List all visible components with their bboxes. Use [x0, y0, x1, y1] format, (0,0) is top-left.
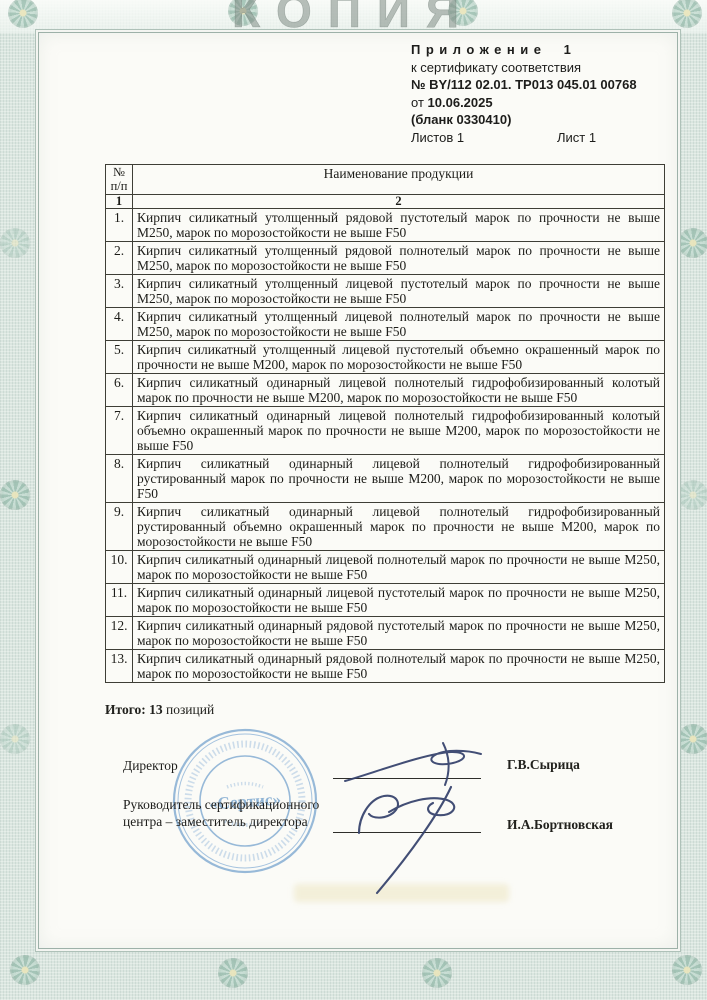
column-index-number: 1	[106, 195, 133, 209]
row-number-cell: 11.	[106, 584, 133, 617]
copy-watermark: КОПИЯ	[232, 0, 475, 38]
table-header-row: № п/п Наименование продукции	[106, 165, 665, 195]
rosette-ornament	[672, 955, 702, 985]
rosette-ornament	[0, 480, 30, 510]
row-number-cell: 5.	[106, 341, 133, 374]
product-table-body: 1. Кирпич силикатный утолщенный рядовой …	[106, 209, 665, 683]
product-table: № п/п Наименование продукции 1 2 1. Кирп…	[105, 164, 665, 683]
head-signature-ink	[331, 781, 506, 901]
row-number-cell: 2.	[106, 242, 133, 275]
table-row: 11. Кирпич силикатный одинарный лицевой …	[106, 584, 665, 617]
product-name-cell: Кирпич силикатный утолщенный лицевой пус…	[133, 341, 665, 374]
product-name-cell: Кирпич силикатный утолщенный рядовой пус…	[133, 209, 665, 242]
scanned-certificate-page: КОПИЯ Приложение 1 к сертификату соответ…	[0, 0, 707, 1000]
product-name-cell: Кирпич силикатный одинарный лицевой полн…	[133, 374, 665, 407]
row-number-cell: 13.	[106, 650, 133, 683]
row-number-cell: 1.	[106, 209, 133, 242]
number-header-line1: №	[110, 166, 128, 180]
director-name: Г.В.Сырица	[507, 757, 580, 773]
product-name-cell: Кирпич силикатный утолщенный лицевой пол…	[133, 308, 665, 341]
column-index-product: 2	[133, 195, 665, 209]
product-name-cell: Кирпич силикатный одинарный рядовой пуст…	[133, 617, 665, 650]
row-number-cell: 10.	[106, 551, 133, 584]
cert-date-prefix: от	[411, 95, 424, 110]
appendix-title: Приложение 1	[411, 41, 666, 59]
product-name-cell: Кирпич силикатный одинарный лицевой полн…	[133, 503, 665, 551]
column-header-product: Наименование продукции	[133, 165, 665, 195]
rosette-ornament	[678, 228, 707, 258]
table-row: 13. Кирпич силикатный одинарный рядовой …	[106, 650, 665, 683]
table-row: 6. Кирпич силикатный одинарный лицевой п…	[106, 374, 665, 407]
total-unit: позиций	[166, 702, 214, 717]
rosette-ornament	[0, 228, 30, 258]
head-label: Руководитель сертификационного центра – …	[123, 796, 335, 830]
row-number-cell: 4.	[106, 308, 133, 341]
rosette-ornament	[678, 724, 707, 754]
product-name-cell: Кирпич силикатный одинарный лицевой пуст…	[133, 584, 665, 617]
product-name-cell: Кирпич силикатный одинарный лицевой полн…	[133, 455, 665, 503]
table-row: 12. Кирпич силикатный одинарный рядовой …	[106, 617, 665, 650]
paper: Приложение 1 к сертификату соответствия …	[38, 32, 678, 949]
column-header-number: № п/п	[106, 165, 133, 195]
rosette-ornament	[218, 958, 248, 988]
sheet-current: Лист 1	[557, 130, 596, 145]
rosette-ornament	[422, 958, 452, 988]
table-row: 3. Кирпич силикатный утолщенный лицевой …	[106, 275, 665, 308]
rosette-ornament	[10, 955, 40, 985]
table-row: 8. Кирпич силикатный одинарный лицевой п…	[106, 455, 665, 503]
blank-number: (бланк 0330410)	[411, 111, 666, 129]
appendix-header: Приложение 1 к сертификату соответствия …	[411, 41, 666, 146]
head-name: И.А.Бортновская	[507, 817, 613, 833]
rosette-ornament	[678, 480, 707, 510]
row-number-cell: 7.	[106, 407, 133, 455]
table-row: 4. Кирпич силикатный утолщенный лицевой …	[106, 308, 665, 341]
column-index-row: 1 2	[106, 195, 665, 209]
cert-date: 10.06.2025	[428, 95, 493, 110]
product-name-cell: Кирпич силикатный утолщенный рядовой пол…	[133, 242, 665, 275]
product-name-cell: Кирпич силикатный одинарный рядовой полн…	[133, 650, 665, 683]
cert-subtitle: к сертификату соответствия	[411, 59, 666, 77]
table-row: 1. Кирпич силикатный утолщенный рядовой …	[106, 209, 665, 242]
number-header-line2: п/п	[110, 180, 128, 194]
table-row: 7. Кирпич силикатный одинарный лицевой п…	[106, 407, 665, 455]
rosette-ornament	[0, 724, 30, 754]
table-row: 5. Кирпич силикатный утолщенный лицевой …	[106, 341, 665, 374]
row-number-cell: 6.	[106, 374, 133, 407]
row-number-cell: 8.	[106, 455, 133, 503]
table-row: 2. Кирпич силикатный утолщенный рядовой …	[106, 242, 665, 275]
total-line: Итого: 13 позиций	[105, 702, 214, 718]
product-name-cell: Кирпич силикатный одинарный лицевой полн…	[133, 551, 665, 584]
sheets-line: Листов 1Лист 1	[411, 129, 666, 147]
row-number-cell: 12.	[106, 617, 133, 650]
cert-number: № BY/112 02.01. ТР013 045.01 00768	[411, 76, 666, 94]
total-label: Итого:	[105, 702, 146, 717]
table-row: 10. Кирпич силикатный одинарный лицевой …	[106, 551, 665, 584]
product-name-cell: Кирпич силикатный одинарный лицевой полн…	[133, 407, 665, 455]
sheets-total: Листов 1	[411, 129, 557, 147]
product-name-cell: Кирпич силикатный утолщенный лицевой пус…	[133, 275, 665, 308]
cert-date-line: от 10.06.2025	[411, 94, 666, 112]
row-number-cell: 3.	[106, 275, 133, 308]
row-number-cell: 9.	[106, 503, 133, 551]
total-count: 13	[149, 702, 163, 717]
table-row: 9. Кирпич силикатный одинарный лицевой п…	[106, 503, 665, 551]
